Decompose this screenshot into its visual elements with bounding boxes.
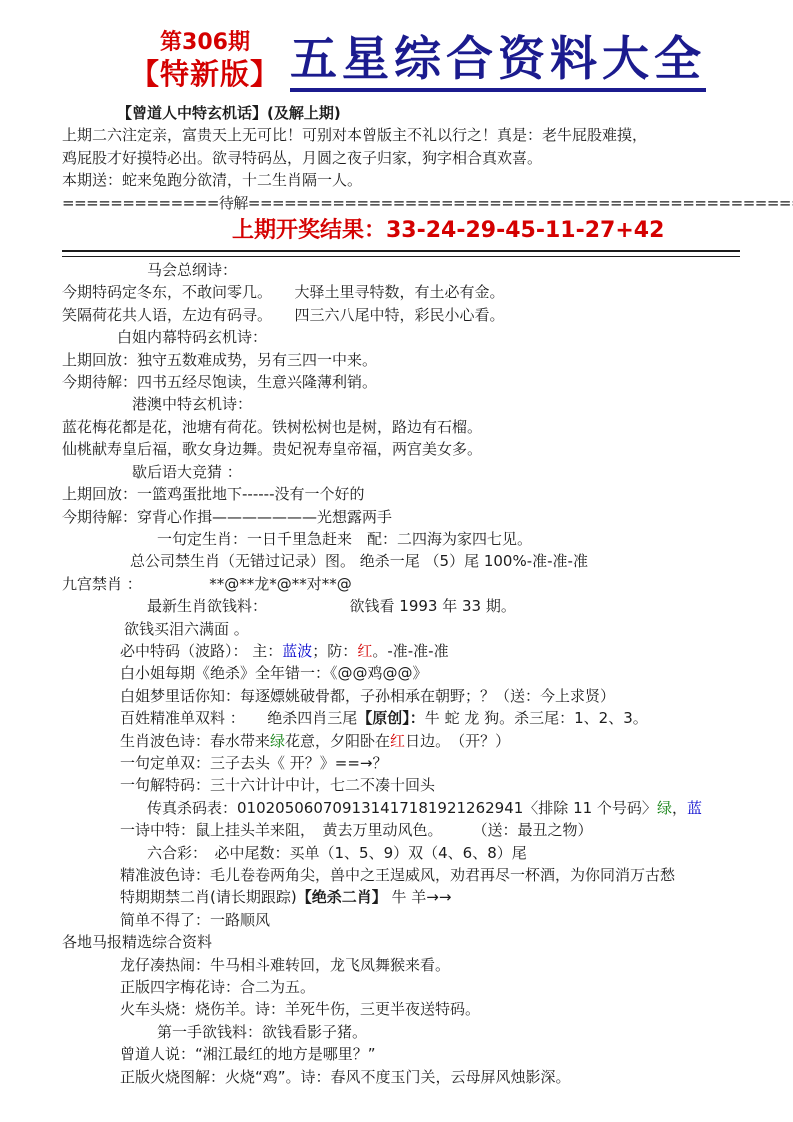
text-segment: 一句定生肖：一日千里急赶来 配：二四海为家四七见。 (157, 530, 532, 548)
text-segment: 精准波色诗：毛儿卷卷两角尖，兽中之王逞威风，劝君再尽一杯酒，为你同消万古愁 (120, 866, 675, 884)
text-line: 一句解特码：三十六计计中计，七二不凑十回头 (62, 774, 753, 796)
text-segment: 。-准-准-准 (372, 642, 448, 660)
text-line: 最新生肖欲钱料： 欲钱看 1993 年 33 期。 (62, 595, 753, 617)
text-segment: 百姓精准单双料 ： 绝杀四肖三尾 (120, 709, 357, 727)
text-segment: 日边。 （开？） (405, 732, 510, 750)
text-segment: 绿 (270, 732, 285, 750)
text-line: 马会总纲诗： (62, 259, 753, 281)
text-line: 港澳中特玄机诗： (62, 393, 753, 415)
text-line: 正版火烧图解：火烧“鸡”。诗：春风不度玉门关，云母屏风烛影深。 (62, 1066, 753, 1088)
page-title: 五星综合资料大全 (290, 34, 706, 92)
divider-double-rule (62, 250, 740, 257)
masthead-left: 第306期 【特新版】 (130, 30, 280, 92)
text-line: 上期回放：独守五数难成势，另有三四一中来。 (62, 349, 753, 371)
text-line: 上期回放：一篮鸡蛋批地下------没有一个好的 (62, 483, 753, 505)
text-segment: 正版四字梅花诗：合二为五。 (120, 978, 315, 996)
text-line: 【曾道人中特玄机话】(及解上期) (62, 102, 753, 124)
text-segment: 第一手欲钱料：欲钱看影子猪。 (157, 1023, 367, 1041)
text-line: 上期二六注定亲，富贵天上无可比！可别对本曾版主不礼以行之！真是：老牛屁股难摸， (62, 124, 753, 146)
text-line: 欲钱买泪六满面 。 (62, 618, 753, 640)
text-segment: 花意，夕阳卧在 (285, 732, 390, 750)
text-segment: 牛 羊→→ (387, 888, 452, 906)
issue-number: 第306期 (160, 30, 250, 56)
lottery-info-sheet: 第306期 【特新版】 五星综合资料大全 【曾道人中特玄机话】(及解上期)上期二… (0, 0, 793, 1088)
text-segment: 欲钱买泪六满面 。 (124, 620, 249, 638)
text-segment: 白姐内幕特码玄机诗： (117, 328, 267, 346)
text-segment: 【绝杀二肖】 (297, 888, 387, 906)
text-line: 百姓精准单双料 ： 绝杀四肖三尾【原创】：牛 蛇 龙 狗。杀三尾：1、2、3。 (62, 707, 753, 729)
text-segment: 本期送：蛇来兔跑分欲清，十二生肖隔一人。 (62, 171, 362, 189)
text-segment: ， (672, 799, 687, 817)
text-line: 白姐梦里话你知：每逐嫖姚破骨都，子孙相承在朝野；？（送：今上求贤） (62, 685, 753, 707)
text-line: 六合彩： 必中尾数：买单（1、5、9）双（4、6、8）尾 (62, 842, 753, 864)
text-segment: 鸡屁股才好摸特必出。欲寻特码丛，月圆之夜子归家，狗字相合真欢喜。 (62, 149, 542, 167)
text-line: 传真杀码表：010205060709131417181921262941〈排除 … (62, 797, 753, 819)
text-line: 九宫禁肖 ： **@**龙*@**对**@ (62, 573, 753, 595)
text-segment: 今期待解：穿背心作揖———————光想露两手 (62, 508, 392, 526)
text-segment: 红 (390, 732, 405, 750)
text-line: 曾道人说：“湘江最红的地方是哪里？” (62, 1043, 753, 1065)
text-segment: 上期回放：一篮鸡蛋批地下------没有一个好的 (62, 485, 364, 503)
text-segment: 曾道人说：“湘江最红的地方是哪里？” (120, 1045, 376, 1063)
text-line: 白小姐每期《绝杀》全年错一：《@@鸡@@》 (62, 662, 753, 684)
text-segment: 一句定单双：三子去头《 开？》==→？ (120, 754, 387, 772)
text-segment: 龙仔凑热闹：牛马相斗难转回，龙飞凤舞猴来看。 (120, 956, 450, 974)
text-segment: 港澳中特玄机诗： (132, 395, 252, 413)
text-segment: 笑隔荷花共人语，左边有码寻。 四三六八尾中特，彩民小心看。 (62, 306, 505, 324)
text-segment: 歇后语大竞猜 ： (132, 463, 242, 481)
text-line: 火车头烧：烧伤羊。诗：羊死牛伤，三更半夜送特码。 (62, 998, 753, 1020)
text-line: 歇后语大竞猜 ： (62, 461, 753, 483)
text-segment: 今期特码定冬东，不敢问零几。 大驿土里寻特数，有土必有金。 (62, 283, 505, 301)
text-segment: 简单不得了：一路顺风 (120, 911, 270, 929)
text-segment: 必中特码（波路）： 主： (120, 642, 282, 660)
text-line: 第一手欲钱料：欲钱看影子猪。 (62, 1021, 753, 1043)
text-segment: 六合彩： 必中尾数：买单（1、5、9）双（4、6、8）尾 (147, 844, 527, 862)
text-segment: 一诗中特：鼠上挂头羊来阻， 黄去万里动风色。 （送：最丑之物） (120, 821, 593, 839)
text-line: 本期送：蛇来兔跑分欲清，十二生肖隔一人。 (62, 169, 753, 191)
text-segment: 绿 (657, 799, 672, 817)
text-segment: 蓝 (687, 799, 702, 817)
text-segment: 白小姐每期《绝杀》全年错一：《@@鸡@@》 (120, 664, 428, 682)
text-line: 一诗中特：鼠上挂头羊来阻， 黄去万里动风色。 （送：最丑之物） (62, 819, 753, 841)
text-line: 生肖波色诗：春水带来绿花意，夕阳卧在红日边。 （开？） (62, 730, 753, 752)
text-segment: 一句解特码：三十六计计中计，七二不凑十回头 (120, 776, 435, 794)
text-segment: 传真杀码表：010205060709131417181921262941〈排除 … (147, 799, 657, 817)
text-line: 一句定单双：三子去头《 开？》==→？ (62, 752, 753, 774)
text-segment: 上期二六注定亲，富贵天上无可比！可别对本曾版主不礼以行之！真是：老牛屁股难摸， (62, 126, 647, 144)
text-segment: 最新生肖欲钱料： 欲钱看 1993 年 33 期。 (147, 597, 516, 615)
text-line: 白姐内幕特码玄机诗： (62, 326, 753, 348)
text-segment: 马会总纲诗： (147, 261, 237, 279)
text-line: 简单不得了：一路顺风 (62, 909, 753, 931)
text-segment: 红 (357, 642, 372, 660)
text-line: 正版四字梅花诗：合二为五。 (62, 976, 753, 998)
text-line: 今期待解：四书五经尽饱读，生意兴隆薄利销。 (62, 371, 753, 393)
text-line: 今期特码定冬东，不敢问零几。 大驿土里寻特数，有土必有金。 (62, 281, 753, 303)
text-line: 龙仔凑热闹：牛马相斗难转回，龙飞凤舞猴来看。 (62, 954, 753, 976)
pending-separator: =============待解=========================… (62, 192, 753, 214)
text-line: 总公司禁生肖（无错过记录）图。 绝杀一尾 （5）尾 100%-准-准-准 (62, 550, 753, 572)
text-line: 笑隔荷花共人语，左边有码寻。 四三六八尾中特，彩民小心看。 (62, 304, 753, 326)
text-segment: 各地马报精选综合资料 (62, 933, 212, 951)
text-line: 鸡屁股才好摸特必出。欲寻特码丛，月圆之夜子归家，狗字相合真欢喜。 (62, 147, 753, 169)
text-line: 精准波色诗：毛儿卷卷两角尖，兽中之王逞威风，劝君再尽一杯酒，为你同消万古愁 (62, 864, 753, 886)
text-segment: 蓝波 (282, 642, 312, 660)
text-segment: 仙桃献寿皇后福，歌女身边舞。贵妃祝寿皇帝福，两宫美女多。 (62, 440, 482, 458)
text-line: 必中特码（波路）： 主：蓝波；防：红。-准-准-准 (62, 640, 753, 662)
text-segment: 【曾道人中特玄机话】(及解上期) (117, 104, 341, 122)
edition-tag: 【特新版】 (130, 56, 280, 92)
text-segment: 牛 蛇 龙 狗。杀三尾：1、2、3。 (425, 709, 648, 727)
text-segment: 正版火烧图解：火烧“鸡”。诗：春风不度玉门关，云母屏风烛影深。 (120, 1068, 571, 1086)
text-segment: =============待解=========================… (62, 194, 793, 212)
text-line: 仙桃献寿皇后福，歌女身边舞。贵妃祝寿皇帝福，两宫美女多。 (62, 438, 753, 460)
text-segment: 上期回放：独守五数难成势，另有三四一中来。 (62, 351, 377, 369)
text-line: 一句定生肖：一日千里急赶来 配：二四海为家四七见。 (62, 528, 753, 550)
text-segment: 【原创】： (357, 709, 425, 727)
text-segment: 特期期禁二肖(请长期跟踪) (120, 888, 297, 906)
masthead: 第306期 【特新版】 五星综合资料大全 (130, 30, 753, 92)
text-line: 今期待解：穿背心作揖———————光想露两手 (62, 506, 753, 528)
text-segment: ；防： (312, 642, 357, 660)
text-segment: 总公司禁生肖（无错过记录）图。 绝杀一尾 （5）尾 100%-准-准-准 (130, 552, 588, 570)
text-line: 蓝花梅花都是花，池塘有荷花。铁树松树也是树，路边有石榴。 (62, 416, 753, 438)
text-line: 特期期禁二肖(请长期跟踪)【绝杀二肖】 牛 羊→→ (62, 886, 753, 908)
text-segment: 上期开奖结果：33-24-29-45-11-27+42 (232, 218, 664, 243)
text-segment: 蓝花梅花都是花，池塘有荷花。铁树松树也是树，路边有石榴。 (62, 418, 482, 436)
text-segment: 白姐梦里话你知：每逐嫖姚破骨都，子孙相承在朝野；？（送：今上求贤） (120, 687, 615, 705)
previous-draw-result: 上期开奖结果：33-24-29-45-11-27+42 (62, 214, 753, 247)
text-segment: 火车头烧：烧伤羊。诗：羊死牛伤，三更半夜送特码。 (120, 1000, 480, 1018)
content-lines: 【曾道人中特玄机话】(及解上期)上期二六注定亲，富贵天上无可比！可别对本曾版主不… (62, 102, 753, 1088)
text-line: 各地马报精选综合资料 (62, 931, 753, 953)
text-segment: 生肖波色诗：春水带来 (120, 732, 270, 750)
text-segment: 今期待解：四书五经尽饱读，生意兴隆薄利销。 (62, 373, 377, 391)
text-segment: 九宫禁肖 ： **@**龙*@**对**@ (62, 575, 352, 593)
